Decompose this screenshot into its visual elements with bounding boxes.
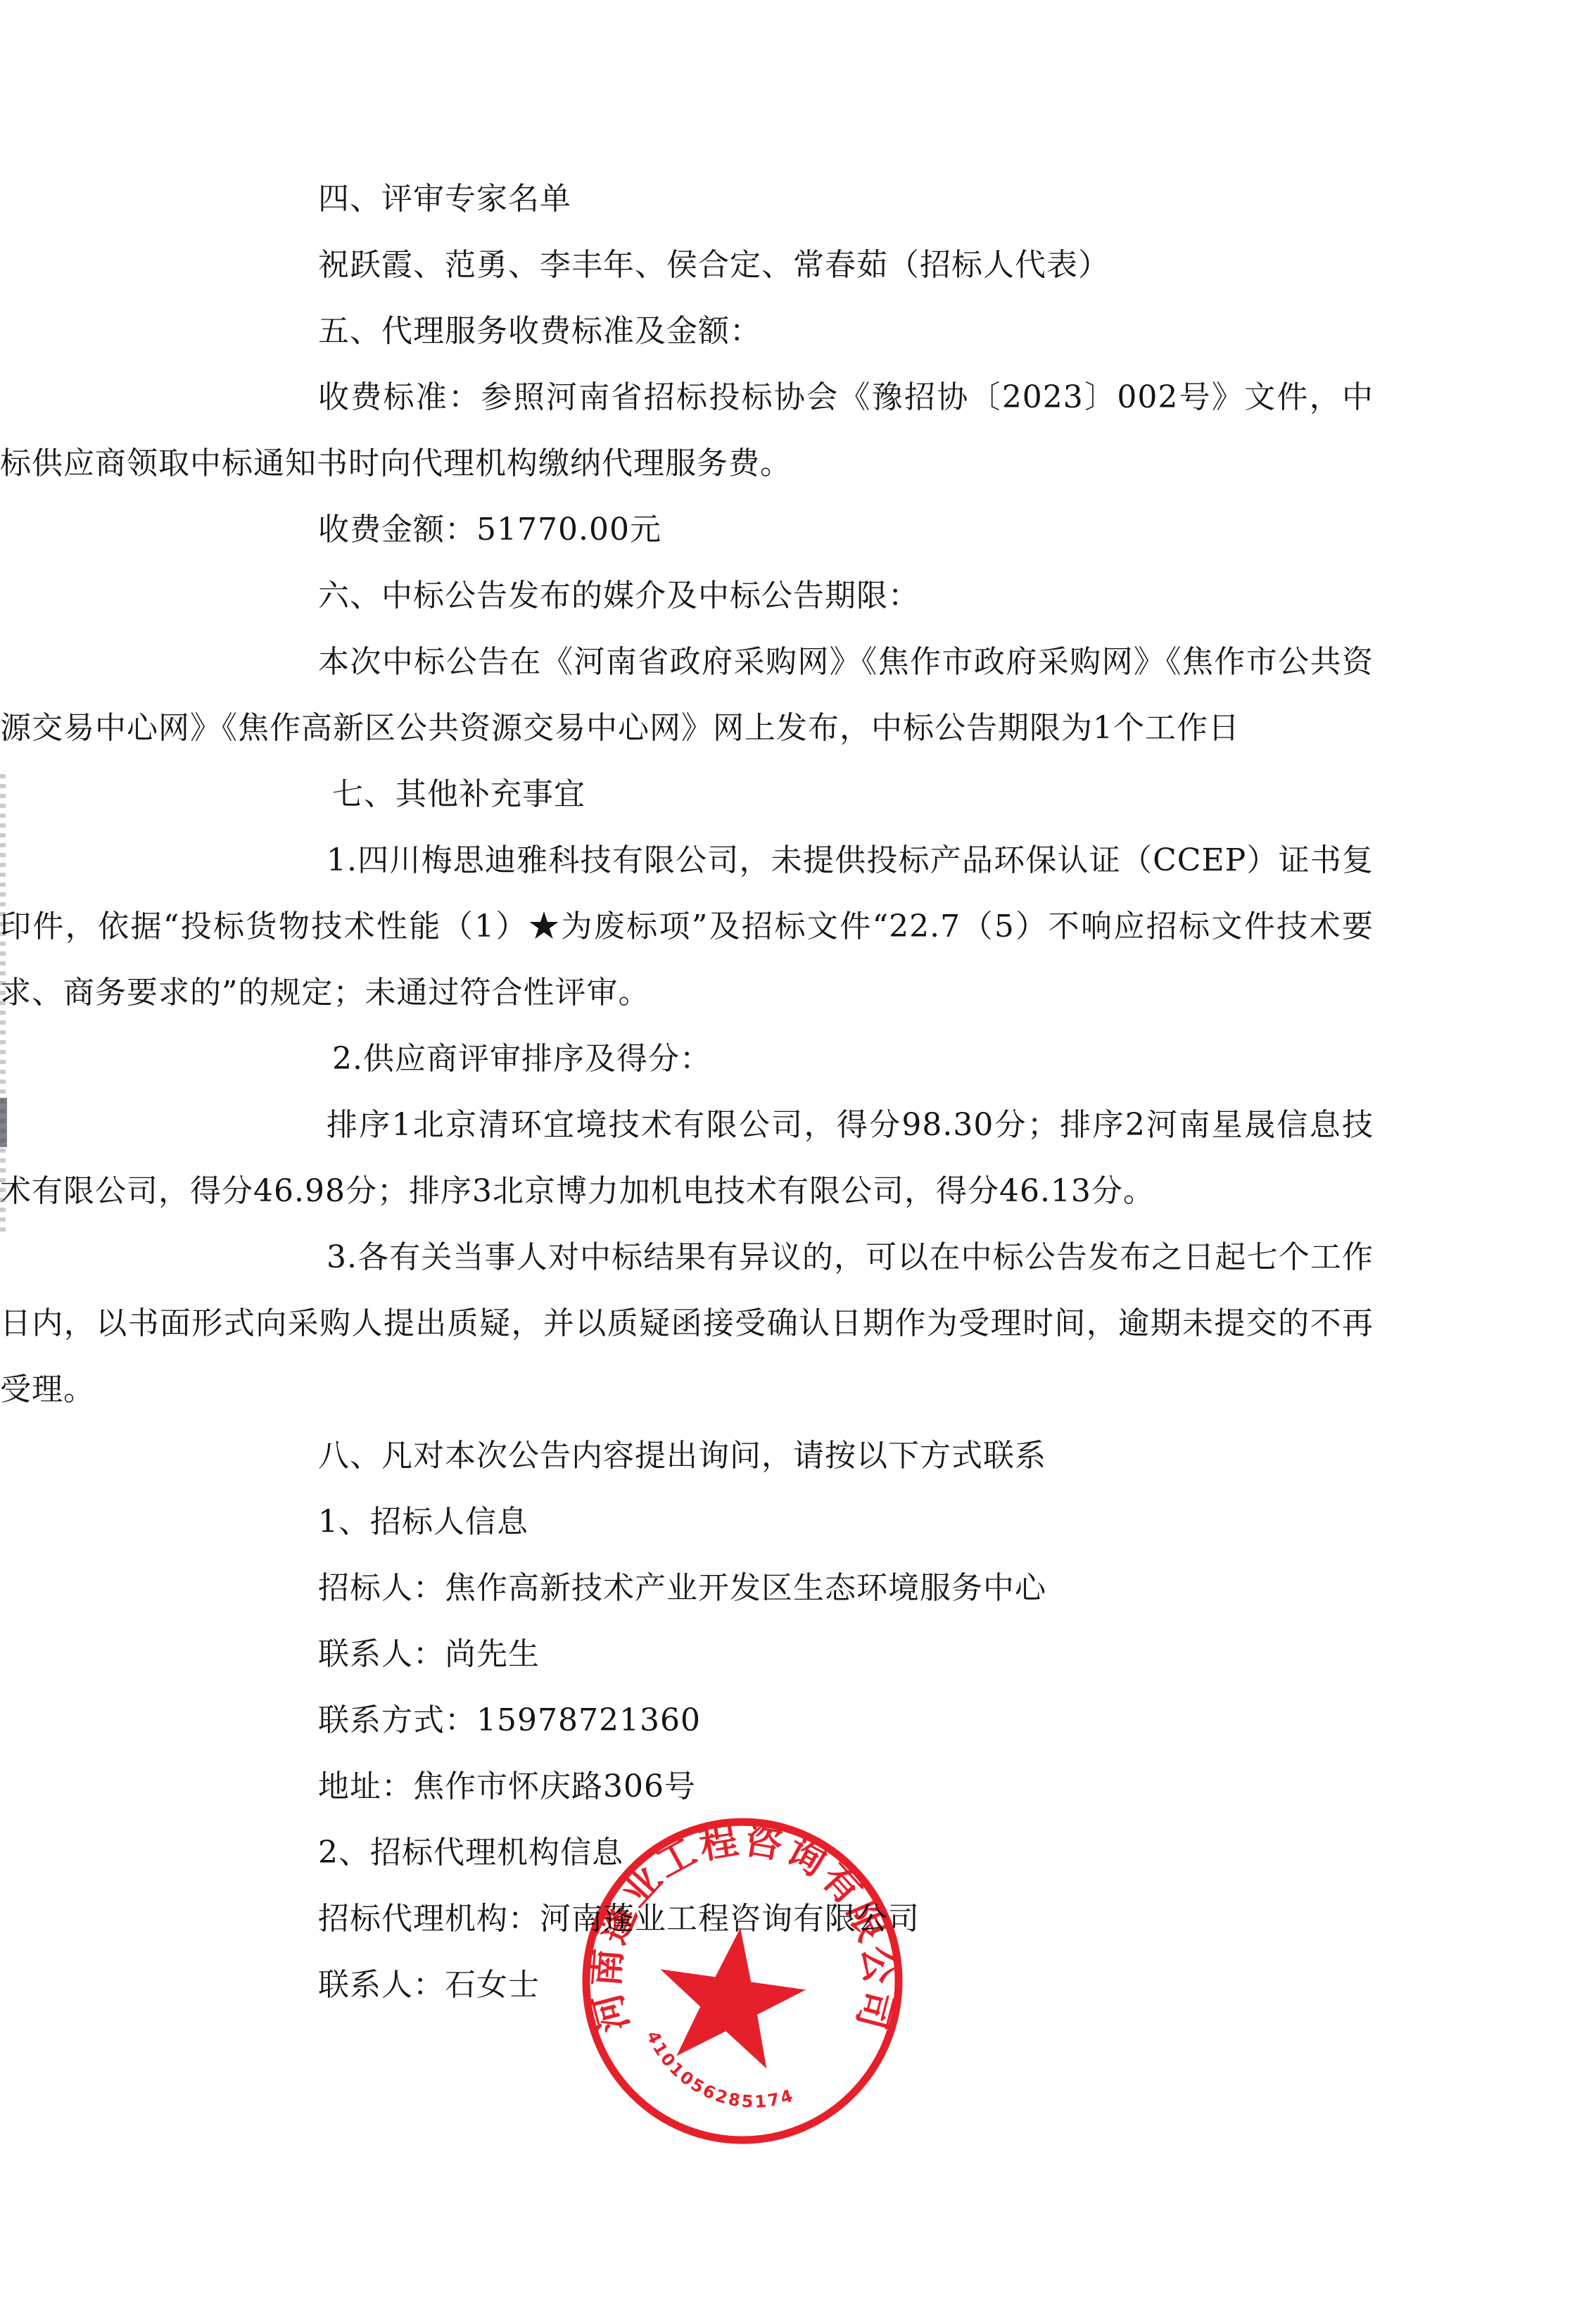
purchaser-contact: 联系人：尚先生 [318, 1621, 1374, 1688]
fee-standard: 收费标准：参照河南省招标投标协会《豫招协〔2023〕002号》文件，中标供应商领… [0, 365, 1374, 497]
agency-name: 招标代理机构：河南蓬业工程咨询有限公司 [318, 1886, 1374, 1952]
publication-media: 本次中标公告在《河南省政府采购网》《焦作市政府采购网》《焦作市公共资源交易中心网… [0, 629, 1374, 761]
svg-text:4101056285174: 4101056285174 [642, 2028, 797, 2112]
section-5-heading: 五、代理服务收费标准及金额： [318, 298, 1374, 365]
fee-amount: 收费金额：51770.00元 [318, 497, 1374, 563]
purchaser-name: 招标人：焦作高新技术产业开发区生态环境服务中心 [318, 1555, 1374, 1621]
supplement-item-1: 1.四川梅思迪雅科技有限公司，未提供投标产品环保认证（CCEP）证书复印件，依据… [0, 828, 1374, 1026]
section-4-heading: 四、评审专家名单 [318, 166, 1374, 232]
section-7-heading: 七、其他补充事宜 [318, 761, 1374, 828]
expert-list: 祝跃霞、范勇、李丰年、侯合定、常春茹（招标人代表） [318, 232, 1374, 298]
supplement-item-2-heading: 2.供应商评审排序及得分： [318, 1026, 1374, 1092]
supplier-rankings: 排序1北京清环宜境技术有限公司，得分98.30分；排序2河南星晟信息技术有限公司… [0, 1092, 1374, 1225]
agency-contact: 联系人：石女士 [318, 1952, 1374, 2018]
purchaser-address: 地址：焦作市怀庆路306号 [318, 1754, 1374, 1820]
supplement-item-3: 3.各有关当事人对中标结果有异议的，可以在中标公告发布之日起七个工作日内，以书面… [0, 1225, 1374, 1423]
section-6-heading: 六、中标公告发布的媒介及中标公告期限： [318, 563, 1374, 629]
purchaser-phone: 联系方式：15978721360 [318, 1688, 1374, 1754]
seal-code-text: 4101056285174 [642, 2028, 797, 2112]
purchaser-info-heading: 1、招标人信息 [318, 1489, 1374, 1555]
agency-info-heading: 2、招标代理机构信息 [318, 1820, 1374, 1886]
section-8-heading: 八、凡对本次公告内容提出询问，请按以下方式联系 [318, 1423, 1374, 1489]
document-page: 四、评审专家名单 祝跃霞、范勇、李丰年、侯合定、常春茹（招标人代表） 五、代理服… [318, 166, 1374, 2018]
